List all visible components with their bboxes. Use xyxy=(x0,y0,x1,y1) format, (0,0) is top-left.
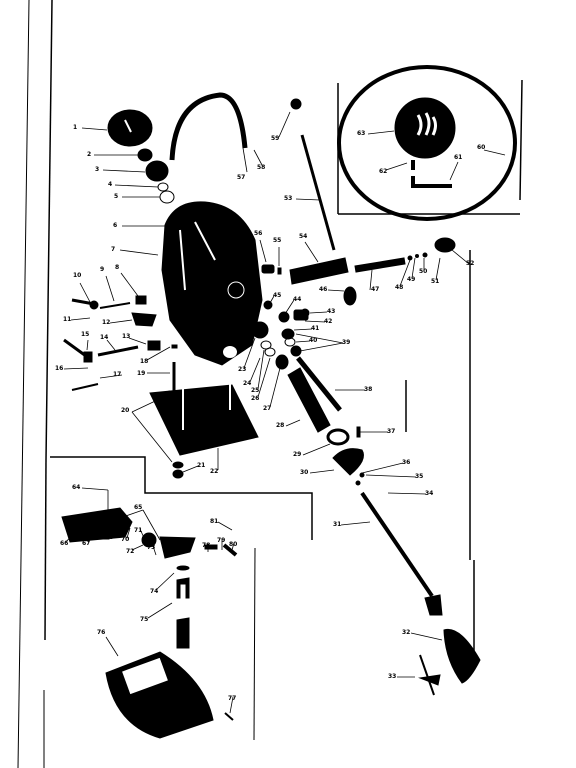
part-label-34: 34 xyxy=(425,491,433,497)
head-casting xyxy=(162,202,262,365)
part-label-71: 71 xyxy=(134,528,142,534)
part-label-5: 5 xyxy=(114,194,118,200)
part-label-16: 16 xyxy=(55,366,63,372)
part-label-30: 30 xyxy=(300,470,308,476)
part-label-74: 74 xyxy=(150,589,158,595)
part-label-78: 78 xyxy=(202,543,210,549)
part-label-76: 76 xyxy=(97,630,105,636)
part-label-25: 25 xyxy=(251,388,259,394)
part-label-44: 44 xyxy=(293,297,301,303)
part-label-80: 80 xyxy=(229,542,237,548)
part-label-58: 58 xyxy=(257,165,265,171)
part-label-45: 45 xyxy=(273,293,281,299)
part-label-51: 51 xyxy=(431,279,439,285)
part-label-9: 9 xyxy=(100,267,104,273)
part-label-41: 41 xyxy=(311,326,319,332)
part-label-14: 14 xyxy=(100,335,108,341)
part-label-49: 49 xyxy=(407,277,415,283)
part-label-59: 59 xyxy=(271,136,279,142)
part-label-64: 64 xyxy=(72,485,80,491)
part-label-29: 29 xyxy=(293,452,301,458)
part-label-43: 43 xyxy=(327,309,335,315)
part-label-3: 3 xyxy=(95,167,99,173)
part-label-23: 23 xyxy=(238,367,246,373)
part-label-52: 52 xyxy=(466,261,474,267)
part-label-36: 36 xyxy=(402,460,410,466)
part-label-26: 26 xyxy=(251,396,259,402)
part-label-73: 73 xyxy=(147,545,155,551)
part-label-38: 38 xyxy=(364,387,372,393)
part-label-56: 56 xyxy=(254,231,262,237)
part-label-72: 72 xyxy=(126,549,134,555)
parts-diagram xyxy=(0,0,576,768)
feed-shaft-parts xyxy=(252,238,455,410)
part-label-21: 21 xyxy=(197,463,205,469)
part-label-32: 32 xyxy=(402,630,410,636)
part-label-66: 66 xyxy=(60,541,68,547)
part-label-55: 55 xyxy=(273,238,281,244)
part-label-8: 8 xyxy=(115,265,119,271)
part-label-19: 19 xyxy=(137,371,145,377)
part-label-47: 47 xyxy=(371,287,379,293)
part-label-7: 7 xyxy=(111,247,115,253)
part-label-6: 6 xyxy=(113,223,117,229)
part-label-39: 39 xyxy=(342,340,350,346)
part-label-75: 75 xyxy=(140,617,148,623)
part-label-62: 62 xyxy=(379,169,387,175)
part-label-22: 22 xyxy=(210,469,218,475)
part-label-60: 60 xyxy=(477,145,485,151)
part-label-18: 18 xyxy=(140,359,148,365)
part-label-27: 27 xyxy=(263,406,271,412)
part-label-63: 63 xyxy=(357,131,365,137)
part-label-2: 2 xyxy=(87,152,91,158)
part-label-17: 17 xyxy=(113,372,121,378)
part-label-65: 65 xyxy=(134,505,142,511)
part-label-13: 13 xyxy=(122,334,130,340)
part-label-46: 46 xyxy=(319,287,327,293)
part-label-61: 61 xyxy=(454,155,462,161)
part-label-77: 77 xyxy=(228,696,236,702)
part-label-31: 31 xyxy=(333,522,341,528)
part-label-50: 50 xyxy=(419,269,427,275)
part-label-53: 53 xyxy=(284,196,292,202)
part-label-15: 15 xyxy=(81,332,89,338)
motor-pulley-inset xyxy=(338,67,522,219)
part-label-48: 48 xyxy=(395,285,403,291)
part-label-11: 11 xyxy=(63,317,71,323)
part-label-81: 81 xyxy=(210,519,218,525)
part-label-35: 35 xyxy=(415,474,423,480)
part-label-1: 1 xyxy=(73,125,77,131)
part-label-40: 40 xyxy=(309,338,317,344)
quill-parts xyxy=(288,368,480,695)
part-label-67: 67 xyxy=(82,541,90,547)
part-label-28: 28 xyxy=(276,423,284,429)
page-margin-lines xyxy=(18,0,52,768)
part-label-68: 68 xyxy=(105,535,113,541)
part-label-54: 54 xyxy=(299,234,307,240)
part-label-4: 4 xyxy=(108,182,112,188)
part-label-42: 42 xyxy=(324,319,332,325)
part-label-70: 70 xyxy=(121,537,129,543)
part-label-37: 37 xyxy=(387,429,395,435)
part-label-20: 20 xyxy=(121,408,129,414)
part-label-79: 79 xyxy=(217,538,225,544)
leader-lines xyxy=(64,112,505,713)
part-label-57: 57 xyxy=(237,175,245,181)
part-label-10: 10 xyxy=(73,273,81,279)
part-label-33: 33 xyxy=(388,674,396,680)
part-label-12: 12 xyxy=(102,320,110,326)
